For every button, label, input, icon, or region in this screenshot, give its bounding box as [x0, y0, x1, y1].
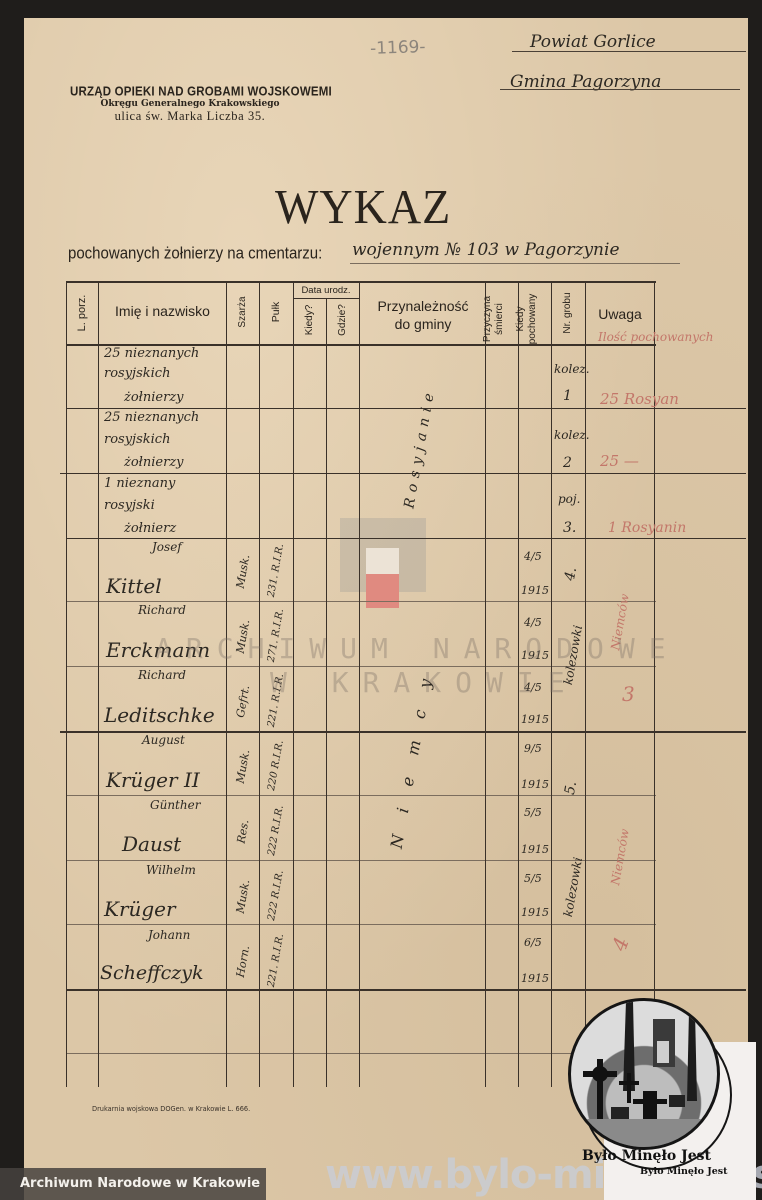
- gmina-underline: [500, 89, 740, 90]
- burial-year: 1915: [521, 972, 549, 985]
- burial-year: 1915: [521, 778, 549, 791]
- last-name: Leditschke: [104, 703, 215, 727]
- last-name: Scheffczyk: [100, 962, 204, 984]
- grave-type: poj.: [558, 492, 580, 506]
- first-name: August: [142, 733, 185, 747]
- first-name: Richard: [138, 668, 186, 682]
- name-line: rosyjskich: [104, 432, 170, 447]
- name-line: żołnierzy: [124, 455, 184, 470]
- header-birth-date: Data urodz.: [293, 285, 359, 296]
- header-regiment: Pułk: [270, 287, 282, 337]
- burial-date: 9/5: [524, 742, 542, 755]
- header-commune: Przynależność do gminy: [368, 297, 478, 333]
- office-name: URZĄD OPIEKI NAD GROBAMI WOJSKOWEMI: [70, 85, 310, 99]
- header-rank: Szarża: [237, 287, 249, 337]
- header-birth-when: Kiedy?: [304, 298, 316, 342]
- first-name: Johann: [148, 928, 190, 942]
- last-name: Kittel: [106, 574, 162, 598]
- issuing-office: URZĄD OPIEKI NAD GROBAMI WOJSKOWEMI Okrę…: [70, 86, 310, 124]
- archive-logo-white: [366, 548, 399, 574]
- printer-imprint: Drukarnia wojskowa DOGen. w Krakowie L. …: [92, 1105, 250, 1113]
- header-buried-when: Kiedy pochowany: [515, 290, 539, 348]
- burial-year: 1915: [521, 906, 549, 919]
- burial-date: 6/5: [524, 936, 542, 949]
- name-line: 25 nieznanych: [104, 346, 199, 361]
- row-divider: [66, 1053, 656, 1054]
- first-name: Wilhelm: [146, 863, 196, 877]
- burial-year: 1915: [521, 713, 549, 726]
- burial-date: 5/5: [524, 872, 542, 885]
- burial-year: 1915: [521, 843, 549, 856]
- name-line: rosyjski: [104, 498, 155, 513]
- grave-number: 3.: [563, 520, 576, 536]
- burial-year: 1915: [521, 584, 549, 597]
- col-line: [259, 281, 260, 1087]
- archive-credit: Archiwum Narodowe w Krakowie: [20, 1176, 260, 1191]
- office-address: ulica św. Marka Liczba 35.: [70, 109, 310, 124]
- row-divider: [66, 989, 746, 991]
- header-grave-no: Nr. grobu: [562, 285, 574, 341]
- archive-watermark-line1: ARCHIWUM NARODOWE: [155, 632, 680, 665]
- cemetery-name: wojennym № 103 w Pagorzynie: [352, 240, 620, 260]
- office-district: Okręgu Generalnego Krakowskiego: [70, 99, 310, 109]
- grave-type: kolez.: [554, 362, 590, 376]
- row-divider: [60, 473, 746, 474]
- cemetery-underline: [350, 263, 680, 264]
- header-remarks: Uwaga: [586, 306, 654, 322]
- last-name: Krüger: [104, 897, 176, 921]
- grave-type: kolez.: [554, 428, 590, 442]
- powiat-underline: [512, 51, 746, 52]
- col-line: [66, 281, 67, 1087]
- remark: 1 Rosyanin: [608, 520, 686, 536]
- burial-date: 4/5: [524, 616, 542, 629]
- name-line: żołnierz: [124, 521, 176, 536]
- badge-title: Było Minęło Jest: [582, 1148, 711, 1164]
- grave-group-1-remark-count: 3: [622, 682, 635, 706]
- document-title: WYKAZ: [275, 179, 451, 235]
- cemetery-badge-icon: [568, 998, 720, 1150]
- grave-number: 1: [563, 388, 572, 404]
- badge-subtitle: Było Minęło Jest: [640, 1166, 728, 1177]
- col-line: [585, 281, 586, 1087]
- name-line: rosyjskich: [104, 366, 170, 381]
- name-line: 25 nieznanych: [104, 410, 199, 425]
- subtitle-printed: pochowanych żołnierzy na cmentarzu:: [68, 244, 322, 263]
- name-line: żołnierzy: [124, 390, 184, 405]
- first-name: Richard: [138, 603, 186, 617]
- grave-number: 2: [563, 455, 572, 471]
- burial-date: 4/5: [524, 550, 542, 563]
- name-line: 1 nieznany: [104, 476, 175, 491]
- last-name: Krüger II: [106, 768, 200, 792]
- remark: 25 Rosyan: [600, 390, 679, 408]
- archive-logo-red: [366, 574, 399, 608]
- burial-date: 5/5: [524, 806, 542, 819]
- remark: 25 —: [600, 452, 639, 470]
- remarks-header-note: Ilość pochowanych: [598, 330, 713, 344]
- powiat-field: Powiat Gorlice: [530, 32, 656, 52]
- archive-number: -1169-: [370, 37, 426, 59]
- col-line: [226, 281, 227, 1087]
- first-name: Josef: [152, 540, 182, 554]
- header-lp: L. porz.: [76, 283, 88, 343]
- table-top-border: [66, 281, 656, 283]
- header-cause: Przyczyna śmierci: [482, 290, 506, 348]
- last-name: Daust: [122, 832, 181, 856]
- archive-watermark-line2: W KRAKOWIE: [270, 666, 579, 699]
- first-name: Günther: [150, 798, 200, 812]
- header-birth-where: Gdzie?: [337, 298, 349, 342]
- header-name: Imię i nazwisko: [99, 303, 226, 319]
- row-divider: [66, 860, 656, 861]
